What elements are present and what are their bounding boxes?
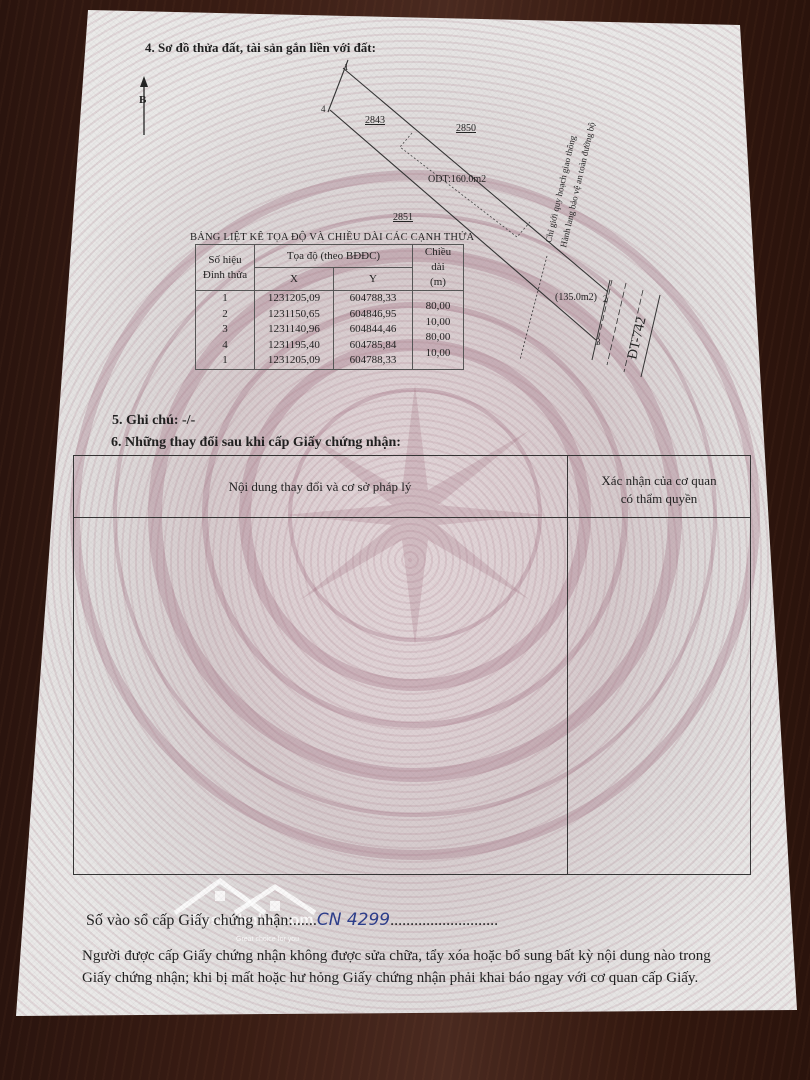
table-cell: 10,00 (417, 346, 459, 362)
table-cell: 80,00 (417, 330, 459, 346)
coords-table: Số hiệuĐỉnh thửa Tọa độ (theo BĐĐC) Chiề… (195, 244, 464, 370)
certificate-notice: Người được cấp Giấy chứng nhận không đượ… (82, 945, 711, 989)
table-cell: 1231195,40 (259, 338, 329, 354)
watermark-brand: Sosanhnha.com (190, 912, 314, 930)
table-cell: 1 (200, 353, 250, 369)
vertex-3-label: 3 (596, 337, 601, 347)
vertex-1-label: 1 (344, 62, 349, 72)
road-name-label: ĐT-742 (625, 316, 649, 361)
y-cells: 604788,33604846,95604844,46604785,846047… (334, 291, 413, 370)
watermark-tagline: Great choice for you (236, 936, 299, 943)
bronze-drum-seal-icon (0, 0, 810, 1080)
table-cell: 1231205,09 (259, 291, 329, 307)
parcel-2843-label: 2843 (365, 115, 385, 126)
parcel-2851-label: 2851 (393, 212, 413, 223)
table-cell: 3 (200, 322, 250, 338)
house-watermark-icon (165, 873, 325, 933)
table-cell: 604785,84 (338, 338, 408, 354)
y-col-header: Y (334, 268, 413, 291)
table-cell: 2 (200, 307, 250, 323)
vertex-4-label: 4 (321, 104, 326, 114)
coords-col-header: Tọa độ (theo BĐĐC) (255, 245, 413, 268)
parcel-sketch-diagram: B 1 2 3 4 2843 2850 2851 ODT:160.0m2 (13… (0, 0, 810, 440)
parcel-area-label: ODT:160.0m2 (428, 174, 486, 185)
table-cell: 604846,95 (338, 307, 408, 323)
table-cell: 80,00 (417, 299, 459, 315)
table-cell: 1231205,09 (259, 353, 329, 369)
planning-boundary-note: Chỉ giới quy hoạch giao thông (543, 134, 577, 243)
section6-title: 6. Những thay đổi sau khi cấp Giấy chứng… (111, 435, 401, 451)
table-cell: 4 (200, 338, 250, 354)
registry-number-line: Số vào sổ cấp Giấy chứng nhận:......CN 4… (86, 910, 498, 930)
section4-title: 4. Sơ đồ thửa đất, tài sản gắn liền với … (145, 40, 376, 56)
certificate-page: 4. Sơ đồ thửa đất, tài sản gắn liền với … (0, 0, 810, 1080)
coords-table-title: BẢNG LIỆT KÊ TỌA ĐỘ VÀ CHIỀU DÀI CÁC CẠN… (190, 232, 474, 243)
table-cell: 1 (200, 291, 250, 307)
x-col-header: X (255, 268, 334, 291)
authority-confirmation-cell[interactable] (570, 519, 748, 869)
table-cell: 1231140,96 (259, 322, 329, 338)
authority-confirmation-header: Xác nhận của cơ quancó thẩm quyền (567, 472, 751, 508)
changes-table: Nội dung thay đổi và cơ sở pháp lý Xác n… (73, 455, 751, 875)
vertex-cells: 12341 (196, 291, 255, 370)
registry-number-handwritten: CN 4299 (317, 910, 390, 930)
vertex-2-label: 2 (603, 294, 608, 304)
road-safety-corridor-note: Hành lang bảo vệ an toàn đường bộ (558, 121, 597, 249)
table-cell: 604788,33 (338, 291, 408, 307)
road-strip-area-label: (135.0m2) (555, 292, 597, 303)
table-cell: 10,00 (417, 315, 459, 331)
table-cell: 604788,33 (338, 353, 408, 369)
table-cell: 604844,46 (338, 322, 408, 338)
changes-content-cell[interactable] (75, 519, 565, 869)
section5-note: 5. Ghi chú: -/- (112, 413, 195, 429)
length-cells: 80,0010,0080,0010,00 (413, 291, 464, 370)
north-arrow-label: B (139, 94, 147, 106)
table-cell: 1231150,65 (259, 307, 329, 323)
vertex-col-header: Số hiệuĐỉnh thửa (196, 245, 255, 291)
length-col-header: Chiều dài(m) (413, 245, 464, 291)
changes-content-header: Nội dung thay đổi và cơ sở pháp lý (73, 479, 567, 495)
registry-label: Số vào sổ cấp Giấy chứng nhận: (86, 912, 293, 929)
parcel-2850-label: 2850 (456, 123, 476, 134)
x-cells: 1231205,091231150,651231140,961231195,40… (255, 291, 334, 370)
